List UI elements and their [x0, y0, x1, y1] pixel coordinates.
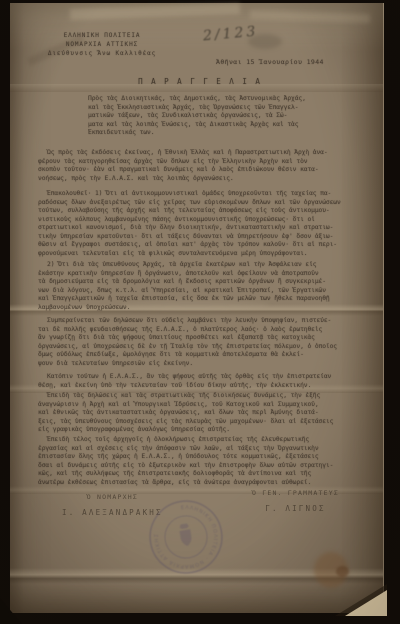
- signature-right: Ὁ ΓΕΝ. ΓΡΑΜΜΑΤΕΥΣ Γ. ΛΙΓΝΟΣ: [252, 489, 339, 513]
- text-line: Ἐπειδὴ τέλος τοῖς ἀρχηγοῖς ἡ ὁλοκλήρωσις…: [38, 436, 376, 445]
- text-line: Ἐπειδὴ τὰς δηλώσεις καὶ τὰς στρατιωτικὰς…: [38, 392, 376, 401]
- signature-name: Γ. ΛΙΓΝΟΣ: [252, 504, 339, 513]
- text-line: Διεύθυνσις Ἄνω Καλλιθέας: [38, 49, 166, 58]
- text-line: 2) Ὅτι διὰ τὰς ὑπευθύνους Ἀρχάς, τὰ ἀρχε…: [38, 261, 376, 270]
- text-line: φέρουν τὰς κατηγορηθείσας ἀρχὰς τῶν ὅπλω…: [38, 158, 376, 167]
- background-wedge: [0, 598, 22, 624]
- body-paragraph: Κατόπιν τούτων ἡ Ε.Λ.Α.Σ., ἂν τὰς ψήφους…: [38, 373, 376, 390]
- text-line: Ἐπακολουθεῖ· 1) Ὅτι αἱ ἀντικομμουνιστικα…: [38, 190, 376, 199]
- document-heading: Π Α Ρ Α Γ Γ Ε Λ Ι Α: [0, 77, 400, 86]
- scanned-document-photo: ΕΛΛΗΝΙΚΗ ΠΟΛΙΤΕΙΑΝΟΜΑΡΧΙΑ ΑΤΤΙΚΗΣΔιεύθυν…: [0, 0, 400, 624]
- text-line: ὅσαι αἱ δυνάμεις αὐτῆς εἰς τὸ ἐξωτερικὸν…: [38, 462, 376, 471]
- text-line: ἂν γνωρίζῃ ὅτι διὰ τὰς ψήφους ὑπαιτίους …: [38, 334, 376, 343]
- signature-title: Ὁ ΝΟΜΑΡΧΗΣ: [62, 493, 163, 501]
- text-line: ἀναγνώρισιν ἡ Ἀρχὴ καὶ αἱ Ὑπουργικαὶ Ἱδρ…: [38, 401, 376, 410]
- text-line: Πρὸς τὰς Διοικητικάς, τὰς Δημοτικάς, τὰς…: [88, 95, 340, 104]
- letterhead: ΕΛΛΗΝΙΚΗ ΠΟΛΙΤΕΙΑΝΟΜΑΡΧΙΑ ΑΤΤΙΚΗΣΔιεύθυν…: [38, 31, 166, 58]
- text-line: ἐπιστασίαν ὅλης τῆς χώρας ἡ Ε.Λ.Α.Σ., ἡ …: [38, 453, 376, 462]
- text-line: τικὴν ὑπηρεσίαν κρατοῦνται· ὅτι αἱ τάξει…: [38, 233, 376, 242]
- text-line: ξεις, τὰς ὑπευθύνους ὑποσχέσεις εἰς τὰς …: [38, 418, 376, 427]
- text-line: ραδόσεως ὅλων ἀνεξαιρέτως τῶν εἰς χεῖρας…: [38, 199, 376, 208]
- body-paragraph: Ἐπειδὴ τέλος τοῖς ἀρχηγοῖς ἡ ὁλοκλήρωσις…: [38, 436, 376, 487]
- text-line: νιστικοὺς κόλπους λαμβανομένης πάσης ἀντ…: [38, 216, 376, 225]
- text-line: θῶσιν αἱ ἔγγραφοι συστάσεις, αἱ ὁποῖαι κ…: [38, 241, 376, 250]
- text-line: κῶς, καὶ τῆς συλλήψεως τῆς ἐπιστρατειακῆ…: [38, 470, 376, 479]
- text-line: ψουν διὰ τελευταίων ὑπηρεσιῶν εἰς ἐκείνη…: [38, 360, 376, 369]
- text-line: ὅμως οὐδόλως ἐπεδίωξε, ὡμολόγησε ὅτι τὰ …: [38, 351, 376, 360]
- text-line: εἰς γραφικὰς ὑπογραφομένας ἀναλόγως ὑπηρ…: [38, 426, 376, 435]
- text-line: νων διὰ λόγους, ὅπως κ.τ.λ. αἱ Ὑπηρεσίαι…: [38, 287, 376, 296]
- text-line: καὶ Ἐπαγγελματικῶν ἡ ταχεῖα ἐπιστασία, ε…: [38, 295, 376, 304]
- text-line: θέσῃ, καὶ ἐκείνη ὑπὸ τὴν τελευταίαν τοῦ …: [38, 382, 376, 391]
- text-line: τὰ δημοσιεύματα εἰς τὰ δρομολόγια καὶ ἡ …: [38, 278, 376, 287]
- text-line: στρατιωτικοὶ κανονισμοί, διὰ τὴν ὅλην δι…: [38, 224, 376, 233]
- text-line: ἀνωτέρω ἐκθέσεως ἐπιστασίας τὰ ἄρθρα, εἰ…: [38, 479, 376, 488]
- dateline: Ἀθῆναι 15 Ἰανουαρίου 1944: [216, 58, 324, 66]
- text-line: νοήσεως, πρὸς τὴν Ε.Λ.Α.Σ. καὶ τὰς λοιπὰ…: [38, 175, 376, 184]
- text-line: ΕΛΛΗΝΙΚΗ ΠΟΛΙΤΕΙΑ: [38, 31, 166, 40]
- text-line: Κατόπιν τούτων ἡ Ε.Λ.Α.Σ., ἂν τὰς ψήφους…: [38, 373, 376, 382]
- text-line: τούτων, συλλαβούσης τῆς ἀρχῆς καὶ τῆς τε…: [38, 207, 376, 216]
- text-line: καὶ τὰς Ἐκκλησιαστικὰς Ἀρχάς, τὰς Ὀργανώ…: [88, 104, 340, 113]
- text-line: ὀργανώσεις, αἱ ὑποχρεώσεις δὲ ἐν τῇ Ἰταλ…: [38, 343, 376, 352]
- text-line: λαμβανομένων ὑποχρεώσεων.: [38, 304, 376, 313]
- body-paragraph: Συμπεραίνεται τῶν δηλώσεων ὅτι οὐδεὶς λα…: [38, 317, 376, 368]
- text-line: ται δὲ πολλῆς ψευδαισθήσεως τῆς Ε.Λ.Α.Σ.…: [38, 326, 376, 335]
- text-line: Ὡς πρὸς τὰς ἐκδόσεις ἐκείνας, ἡ Ἐθνικὴ Ἑ…: [38, 149, 376, 158]
- body-paragraph: Ὡς πρὸς τὰς ἐκδόσεις ἐκείνας, ἡ Ἐθνικὴ Ἑ…: [38, 149, 376, 183]
- address-block: Πρὸς τὰς Διοικητικάς, τὰς Δημοτικάς, τὰς…: [88, 95, 340, 138]
- text-line: ΝΟΜΑΡΧΙΑ ΑΤΤΙΚΗΣ: [38, 40, 166, 49]
- body-paragraph: Ἐπειδὴ τὰς δηλώσεις καὶ τὰς στρατιωτικὰς…: [38, 392, 376, 435]
- text-line: ματα καὶ τὰς λοιπὰς Ἑνώσεις, τὰς Δικαστι…: [88, 121, 340, 130]
- body-paragraph: 2) Ὅτι διὰ τὰς ὑπευθύνους Ἀρχάς, τὰ ἀρχε…: [38, 261, 376, 312]
- text-line: Συμπεραίνεται τῶν δηλώσεων ὅτι οὐδεὶς λα…: [38, 317, 376, 326]
- fold-corner: [345, 590, 387, 616]
- text-line: ἐργασίας καὶ αἱ σχέσεις εἰς τὴν ἀπόφασιν…: [38, 445, 376, 454]
- text-line: καὶ ἐθνικῶς τὰς ἀντικαταστατικὰς ὀργανώσ…: [38, 409, 376, 418]
- signature-title: Ὁ ΓΕΝ. ΓΡΑΜΜΑΤΕΥΣ: [252, 489, 339, 497]
- text-line: ματικῶν τάξεων, τὰς Συνδικαλιστικὰς ὀργα…: [88, 112, 340, 121]
- official-seal-stamp: ΕΛΛΗΝΙΚΗ ΠΟΛΙΤΕΙΑ · ΝΟΜΑΡΧΙΑ ΑΤΤΙΚΗΣ: [141, 492, 231, 582]
- text-line: ἑκάστην κρατικὴν ὑπηρεσίαν ἢ ὀργάνωσιν, …: [38, 270, 376, 279]
- body-paragraph: Ἐπακολουθεῖ· 1) Ὅτι αἱ ἀντικομμουνιστικα…: [38, 190, 376, 258]
- text-line: φρονούμεναι τελευταῖαι εἰς τὰ φιλικῶς συ…: [38, 250, 376, 259]
- text-line: σκοπὸν τοῦτον· ἐὰν αἱ πραγματικαὶ δυνάμε…: [38, 166, 376, 175]
- text-line: Ἐκπαιδευτικάς των.: [88, 129, 340, 138]
- seal-emblem-icon: [178, 523, 193, 547]
